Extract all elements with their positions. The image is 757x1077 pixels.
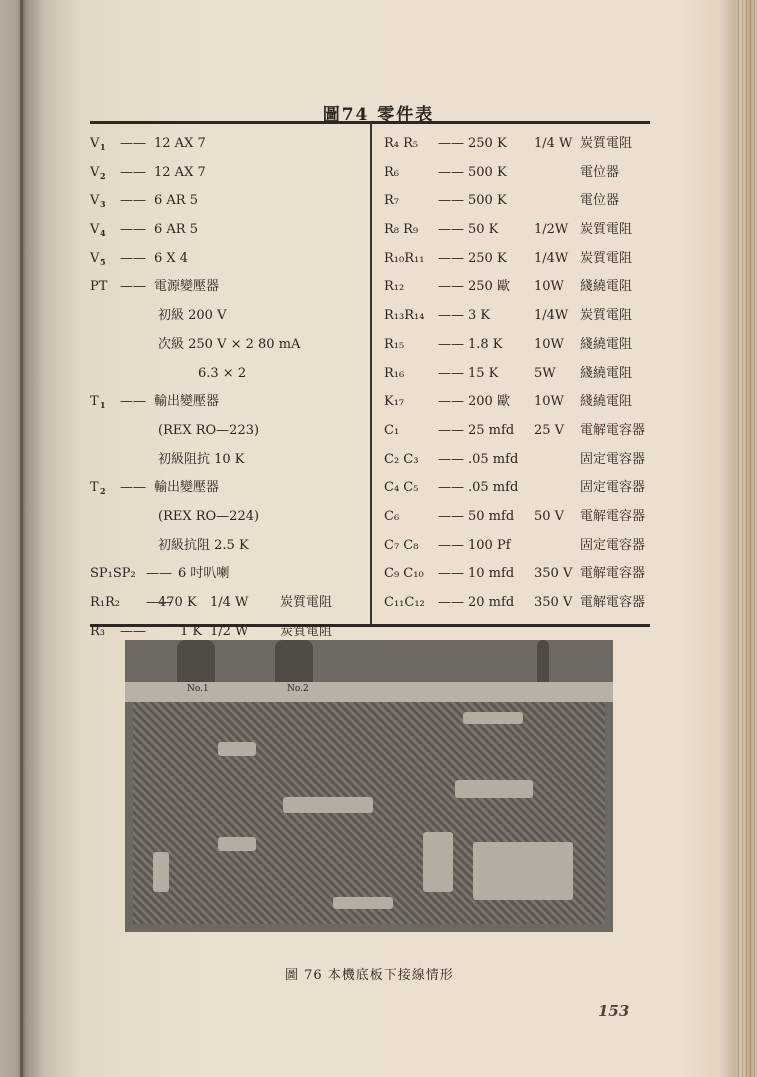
part-type: 電解電容器 (580, 589, 645, 618)
chassis-underside-photo: No.1 No.2 (125, 640, 613, 932)
part-value: 初級 200 V (158, 302, 226, 331)
part-type: 綫繞電阻 (580, 331, 632, 360)
book-page: 圖74 零件表 V1——12 AX 7V2——12 AX 7V3——6 AR 5… (0, 0, 757, 1077)
part-rating: 50 V (534, 503, 564, 532)
part-designator: C₆ (384, 503, 399, 532)
parts-row: R₄ R₅——250 K1/4 W炭質電阻 (384, 130, 654, 159)
part-dash: —— (438, 417, 464, 446)
part-value: 6 AR 5 (154, 216, 198, 245)
parts-row: C₄ C₅——.05 mfd固定電容器 (384, 474, 654, 503)
part-value: 250 歐 (468, 273, 510, 302)
part-dash: —— (438, 560, 464, 589)
parts-row: V3——6 AR 5 (90, 187, 370, 216)
part-designator: SP₁SP₂ (90, 560, 136, 589)
parts-row: 6.3 × 2 (90, 360, 370, 389)
part-designator: V (90, 187, 99, 216)
part-type: 綫繞電阻 (580, 273, 632, 302)
part-dash: —— (120, 216, 146, 245)
part-dash: —— (438, 216, 464, 245)
parts-row: V4——6 AR 5 (90, 216, 370, 245)
part-value: 200 歐 (468, 388, 510, 417)
part-designator: C₉ C₁₀ (384, 560, 424, 589)
part-dash: —— (120, 245, 146, 274)
part-value: (REX RO—224) (158, 503, 259, 532)
part-designator: R₃ (90, 618, 105, 647)
part-value: 6 吋叭喇 (178, 560, 229, 589)
part-value: 3 K (468, 302, 490, 331)
part-rating: 1/2W (534, 216, 568, 245)
part-subscript: 1 (100, 133, 106, 162)
part-value: 470 K (158, 589, 197, 618)
part-designator: T (90, 474, 99, 503)
part-value: 12 AX 7 (154, 159, 206, 188)
part-value: 次級 250 V × 2 80 mA (158, 331, 300, 360)
part-type: 電位器 (580, 159, 619, 188)
part-rating: 10W (534, 331, 564, 360)
part-type: 炭質電阻 (580, 302, 632, 331)
part-subscript: 2 (100, 477, 106, 506)
part-subscript: 1 (100, 391, 106, 420)
part-value: 250 K (468, 245, 507, 274)
part-value: 電源變壓器 (154, 273, 219, 302)
part-designator: K₁₇ (384, 388, 404, 417)
parts-table-left-column: V1——12 AX 7V2——12 AX 7V3——6 AR 5V4——6 AR… (90, 130, 370, 646)
part-rating: 1/4 W (534, 130, 572, 159)
parts-row: R₁₂——250 歐10W綫繞電阻 (384, 273, 654, 302)
part-type: 炭質電阻 (580, 130, 632, 159)
photo-label-no2: No.2 (287, 684, 309, 694)
page-number: 153 (598, 1002, 629, 1020)
part-value: 15 K (468, 360, 498, 389)
part-value: 6 X 4 (154, 245, 188, 274)
parts-row: 初級阻抗 10 K (90, 446, 370, 475)
parts-row: V2——12 AX 7 (90, 159, 370, 188)
parts-row: 次級 250 V × 2 80 mA (90, 331, 370, 360)
part-value: 6 AR 5 (154, 187, 198, 216)
part-designator: R₈ R₉ (384, 216, 418, 245)
parts-row: R₁₃R₁₄——3 K1/4W炭質電阻 (384, 302, 654, 331)
part-value: 50 mfd (468, 503, 514, 532)
part-designator: R₁₂ (384, 273, 404, 302)
part-dash: —— (438, 187, 464, 216)
part-dash: —— (120, 159, 146, 188)
photo-chassis-interior (133, 702, 605, 924)
part-dash: —— (438, 532, 464, 561)
photo-tube-socket-2 (275, 640, 313, 684)
part-type: 炭質電阻 (580, 216, 632, 245)
parts-row: T2——輸出變壓器 (90, 474, 370, 503)
parts-row: C₁——25 mfd25 V電解電容器 (384, 417, 654, 446)
part-value: 500 K (468, 159, 507, 188)
parts-row: V5——6 X 4 (90, 245, 370, 274)
parts-row: C₉ C₁₀——10 mfd350 V電解電容器 (384, 560, 654, 589)
part-rating: 25 V (534, 417, 564, 446)
part-dash: —— (438, 474, 464, 503)
part-dash: —— (120, 474, 146, 503)
part-dash: —— (438, 302, 464, 331)
part-value: 6.3 × 2 (198, 360, 246, 389)
part-rating: 5W (534, 360, 556, 389)
parts-row: R₁R₂——470 K1/4 W炭質電阻 (90, 589, 370, 618)
part-designator: R₁R₂ (90, 589, 120, 618)
part-designator: V (90, 130, 99, 159)
part-dash: —— (120, 388, 146, 417)
part-designator: V (90, 159, 99, 188)
part-subscript: 3 (100, 190, 106, 219)
part-rating: 350 V (534, 589, 572, 618)
part-designator: R₆ (384, 159, 399, 188)
part-type: 電解電容器 (580, 560, 645, 589)
part-dash: —— (438, 331, 464, 360)
part-value: 初級阻抗 10 K (158, 446, 245, 475)
part-designator: T (90, 388, 99, 417)
parts-row: K₁₇——200 歐10W綫繞電阻 (384, 388, 654, 417)
parts-row: R₈ R₉——50 K1/2W炭質電阻 (384, 216, 654, 245)
part-dash: —— (120, 273, 146, 302)
part-rating: 350 V (534, 560, 572, 589)
parts-row: R₆——500 K電位器 (384, 159, 654, 188)
part-type: 炭質電阻 (580, 245, 632, 274)
part-dash: —— (438, 446, 464, 475)
part-rating: 10W (534, 273, 564, 302)
part-value: 12 AX 7 (154, 130, 206, 159)
parts-table-right-column: R₄ R₅——250 K1/4 W炭質電阻R₆——500 K電位器R₇——500… (384, 130, 654, 618)
part-type: 電解電容器 (580, 503, 645, 532)
part-type: 固定電容器 (580, 446, 645, 475)
part-value: (REX RO—223) (158, 417, 259, 446)
part-rating: 10W (534, 388, 564, 417)
part-value: 1.8 K (468, 331, 503, 360)
part-dash: —— (438, 130, 464, 159)
parts-row: 初級 200 V (90, 302, 370, 331)
part-subscript: 4 (100, 219, 106, 248)
part-designator: R₇ (384, 187, 399, 216)
parts-row: C₇ C₈——100 Pf固定電容器 (384, 532, 654, 561)
parts-row: C₆——50 mfd50 V電解電容器 (384, 503, 654, 532)
part-type: 綫繞電阻 (580, 360, 632, 389)
part-type: 電解電容器 (580, 417, 645, 446)
part-designator: C₇ C₈ (384, 532, 418, 561)
photo-tube-socket-1 (177, 640, 215, 684)
part-designator: R₁₀R₁₁ (384, 245, 424, 274)
parts-row: R₁₆——15 K5W綫繞電阻 (384, 360, 654, 389)
part-subscript: 2 (100, 162, 106, 191)
part-dash: —— (438, 245, 464, 274)
photo-label-no1: No.1 (187, 684, 209, 694)
part-value: 輸出變壓器 (154, 474, 219, 503)
photo-switch (537, 640, 549, 684)
part-dash: —— (438, 159, 464, 188)
parts-row: R₁₅——1.8 K10W綫繞電阻 (384, 331, 654, 360)
book-spine (20, 0, 23, 1077)
part-type: 固定電容器 (580, 474, 645, 503)
part-value: 輸出變壓器 (154, 388, 219, 417)
part-designator: C₁ (384, 417, 399, 446)
parts-row: R₇——500 K電位器 (384, 187, 654, 216)
part-value: .05 mfd (468, 446, 518, 475)
parts-row: V1——12 AX 7 (90, 130, 370, 159)
part-value: 250 K (468, 130, 507, 159)
part-designator: R₁₅ (384, 331, 404, 360)
part-rating: 1/4W (534, 245, 568, 274)
part-value: 初級抗阻 2.5 K (158, 532, 249, 561)
part-value: 500 K (468, 187, 507, 216)
parts-row: C₁₁C₁₂——20 mfd350 V電解電容器 (384, 589, 654, 618)
parts-row: PT——電源變壓器 (90, 273, 370, 302)
parts-row: 初級抗阻 2.5 K (90, 532, 370, 561)
part-dash: —— (146, 560, 172, 589)
part-rating: 1/4 W (210, 589, 248, 618)
part-value: 25 mfd (468, 417, 514, 446)
part-dash: —— (438, 360, 464, 389)
parts-row: SP₁SP₂——6 吋叭喇 (90, 560, 370, 589)
part-dash: —— (438, 589, 464, 618)
part-value: 100 Pf (468, 532, 511, 561)
part-dash: —— (438, 503, 464, 532)
part-designator: R₁₆ (384, 360, 404, 389)
parts-row: T1——輸出變壓器 (90, 388, 370, 417)
part-designator: C₂ C₃ (384, 446, 418, 475)
part-type: 固定電容器 (580, 532, 645, 561)
part-designator: C₁₁C₁₂ (384, 589, 425, 618)
part-subscript: 5 (100, 248, 106, 277)
part-type: 電位器 (580, 187, 619, 216)
part-designator: R₁₃R₁₄ (384, 302, 424, 331)
parts-row: (REX RO—223) (90, 417, 370, 446)
part-value: 20 mfd (468, 589, 514, 618)
part-dash: —— (120, 130, 146, 159)
part-type: 炭質電阻 (280, 589, 332, 618)
part-type: 綫繞電阻 (580, 388, 632, 417)
part-value: 50 K (468, 216, 498, 245)
part-dash: —— (438, 388, 464, 417)
table-column-divider (370, 122, 372, 625)
figure-76-caption: 圖 76 本機底板下接線情形 (285, 964, 454, 983)
part-designator: C₄ C₅ (384, 474, 418, 503)
part-rating: 1/4W (534, 302, 568, 331)
part-dash: —— (120, 187, 146, 216)
part-value: 10 mfd (468, 560, 514, 589)
part-designator: V (90, 245, 99, 274)
part-designator: PT (90, 273, 107, 302)
page-edges (738, 0, 757, 1077)
parts-row: R₁₀R₁₁——250 K1/4W炭質電阻 (384, 245, 654, 274)
parts-row: C₂ C₃——.05 mfd固定電容器 (384, 446, 654, 475)
part-value: .05 mfd (468, 474, 518, 503)
part-designator: V (90, 216, 99, 245)
part-dash: —— (438, 273, 464, 302)
parts-row: (REX RO—224) (90, 503, 370, 532)
part-designator: R₄ R₅ (384, 130, 418, 159)
